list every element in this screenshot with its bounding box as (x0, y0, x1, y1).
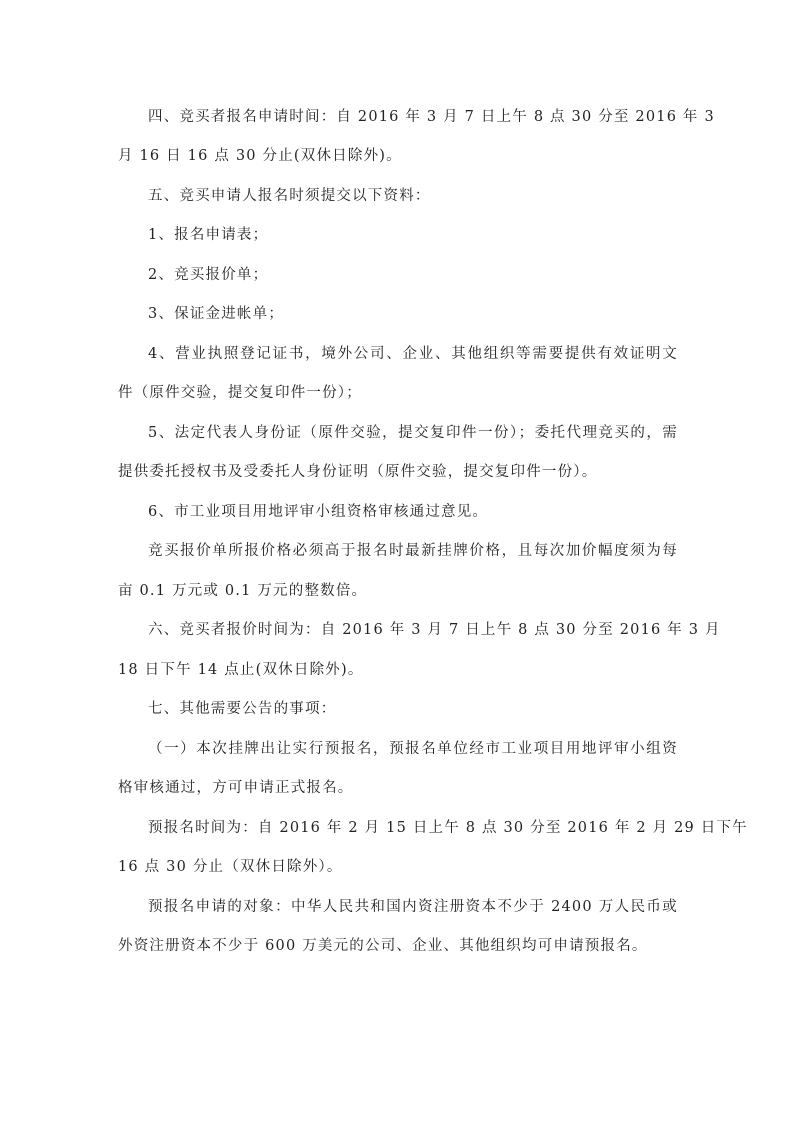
section-7-heading: 七、其他需要公告的事项： (148, 699, 678, 719)
list-item-3: 3、保证金进帐单； (148, 304, 678, 324)
pre-registration-time-line-1: 预报名时间为：自 2016 年 2 月 15 日上午 8 点 30 分至 201… (148, 818, 678, 838)
document-page: 四、竞买者报名申请时间：自 2016 年 3 月 7 日上午 8 点 30 分至… (0, 0, 794, 1123)
section-5-heading: 五、竞买申请人报名时须提交以下资料： (148, 186, 678, 206)
section-6-bid-time-line-1: 六、竞买者报价时间为：自 2016 年 3 月 7 日上午 8 点 30 分至 … (148, 620, 678, 640)
list-item-5-line-2: 提供委托授权书及受委托人身份证明（原件交验，提交复印件一份）。 (118, 462, 678, 482)
list-item-2: 2、竞买报价单； (148, 265, 678, 285)
bid-price-rule-line-2: 亩 0.1 万元或 0.1 万元的整数倍。 (118, 581, 678, 601)
pre-registration-note-line-1: （一）本次挂牌出让实行预报名，预报名单位经市工业项目用地评审小组资 (148, 739, 678, 759)
section-6-bid-time-line-2: 18 日下午 14 点止(双休日除外)。 (118, 660, 678, 680)
pre-registration-time-line-2: 16 点 30 分止（双休日除外）。 (118, 857, 678, 877)
pre-registration-eligibility-line-1: 预报名申请的对象：中华人民共和国内资注册资本不少于 2400 万人民币或 (148, 897, 678, 917)
pre-registration-eligibility-line-2: 外资注册资本不少于 600 万美元的公司、企业、其他组织均可申请预报名。 (118, 936, 678, 956)
list-item-4-line-2: 件（原件交验，提交复印件一份）； (118, 383, 678, 403)
pre-registration-note-line-2: 格审核通过，方可申请正式报名。 (118, 778, 678, 798)
list-item-5-line-1: 5、法定代表人身份证（原件交验，提交复印件一份）；委托代理竞买的，需 (148, 423, 678, 443)
list-item-4-line-1: 4、营业执照登记证书，境外公司、企业、其他组织等需要提供有效证明文 (148, 344, 678, 364)
list-item-6: 6、市工业项目用地评审小组资格审核通过意见。 (148, 502, 678, 522)
section-4-registration-time-line-2: 月 16 日 16 点 30 分止(双休日除外)。 (118, 146, 678, 166)
bid-price-rule-line-1: 竞买报价单所报价格必须高于报名时最新挂牌价格，且每次加价幅度须为每 (148, 541, 678, 561)
section-4-registration-time-line-1: 四、竞买者报名申请时间：自 2016 年 3 月 7 日上午 8 点 30 分至… (148, 107, 678, 127)
list-item-1: 1、报名申请表； (148, 225, 678, 245)
